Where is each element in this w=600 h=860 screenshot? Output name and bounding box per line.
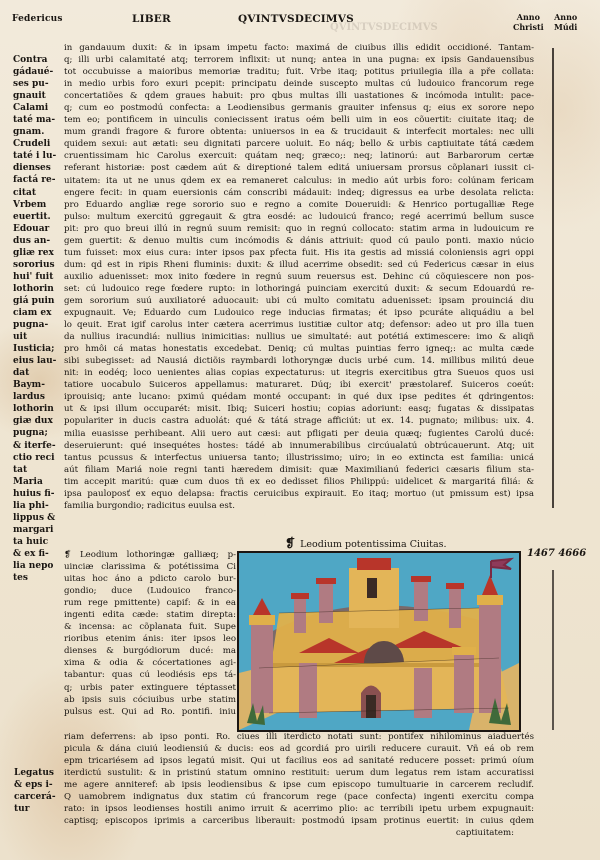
text-line: captisq; episcopos iprimis a carceribus … [64,815,534,827]
text-line: ❡ Leodium lothoringæ galliæq; p- [64,549,236,561]
text-line: & eps i- [14,779,62,791]
text-line: populariter in ducis castra aduolát: qué… [64,415,534,427]
main-text-block: in gandauum duxit: & in ipsam impetu fac… [64,42,534,512]
text-line: dienses [13,162,61,174]
text-line: Edouar [13,223,61,235]
text-line: tat [13,464,61,476]
text-line: ingenti edita cæde: statim direpta: [64,609,236,621]
text-line: sibi subegisset: ad Nausiá dictiõis raym… [64,355,534,367]
year-column-rule-lower [552,570,554,730]
text-line: q; cum eo postmodú confecta: a Leodiensi… [64,102,534,114]
text-line: & ex fi- [13,548,61,560]
text-line: lothorin [13,283,61,295]
text-line: gádaué- [13,66,61,78]
city-woodcut-graphic [239,553,519,730]
text-line: ciam ex [13,307,61,319]
text-line: giæ dux [13,415,61,427]
pilcrow-mark: ❡ [285,536,295,550]
text-line: gliæ rex [13,247,61,259]
text-line: quidem sexui: aut ætati: seu dignitati p… [64,138,534,150]
text-line: lippus & [13,512,61,524]
text-line: tum fuisset: mox eius cura: inter ipsos … [64,247,534,259]
christi-label: Christi [513,22,544,32]
text-line: taté ma- [13,114,61,126]
text-line: captiuitatem: [64,827,534,839]
text-line: milia euasisse perhibeant. Alii uero aut… [64,428,534,440]
text-line: gondio; duce (Ludouico franco- [64,585,236,597]
text-line: dum: qd est in ripis Rheni fluminis: dux… [64,259,534,271]
text-line: pugna- [13,319,61,331]
text-line: picula & dána ciuiú leodiensiú & ducis: … [64,743,534,755]
text-line: uit [13,331,61,343]
text-line: ta huic [13,536,61,548]
book-number-title: QVINTVSDECIMVS [238,13,354,25]
text-line: Q uamobrem indignatus dux statim cú fran… [64,791,534,803]
text-line: aút filiam Mariá noie regni tanti hærede… [64,464,534,476]
text-line: me agere anniteref: ab ipsis leodiensibu… [64,779,534,791]
text-line: ctio reci [13,452,61,464]
text-line: Baym- [13,379,61,391]
text-line: xima & odia & cócertationes agi- [64,657,236,669]
text-line: concertatiões & qdem graues habuit: pro … [64,90,534,102]
woodcut-illustration-liege [237,551,521,732]
text-line: mum grandi fragore & furore obtenta: uni… [64,126,534,138]
text-line: lia nepo [13,560,61,572]
text-line: tatiore uocabulo Suiceros appellamus: ma… [64,379,534,391]
text-line: Contra [13,54,61,66]
text-line: engere fecit: in quam euersionis cám con… [64,187,534,199]
anno-label: Anno [554,12,577,22]
text-line: dienses & burgódiorum ducé: ma [64,645,236,657]
text-line: tem eo; pontificem in uinculis conieciss… [64,114,534,126]
text-line: factá re- [13,174,61,186]
mundi-label: Múdi [554,22,577,32]
text-line: euertit. [13,211,61,223]
text-line: iprouisiq; ante lucano: pximú quédam mon… [64,391,534,403]
text-line: rato: in ipsos leodienses hostili animo … [64,803,534,815]
anno-christi-heading: Anno Christi [513,12,544,32]
text-line: pit: pro quo breui illú in regnú suum re… [64,223,534,235]
text-line: pulsus est. Qui ad Ro. pontifi. iniu [64,706,236,718]
text-line: tabantur: quas cú leodiésis eps tá- [64,669,236,681]
text-line: q; illi urbi calamitaté atq; terrorem in… [64,54,534,66]
caption-text: Leodium potentissima Ciuitas. [300,539,446,550]
bottom-text-block: riam deferrens: ab ipso ponti. Ro. ciues… [64,731,534,839]
text-line: pugna; [13,427,61,439]
text-line: lardus [13,391,61,403]
text-line: hui' fuit [13,271,61,283]
text-line: nit: in eodéq; loco uenientes alias copi… [64,367,534,379]
year-column-rule [552,48,554,508]
text-line: gem guertit: & denuo multis cum incómodi… [64,235,534,247]
text-line: Maria [13,476,61,488]
text-line: deseruierunt: qué insequétes hostes: tád… [64,440,534,452]
text-line: Iusticia; [13,343,61,355]
text-line: expugnauit. Ve; Eduardo cum Ludouico reg… [64,307,534,319]
text-line: citat [13,187,61,199]
text-line: margari [13,524,61,536]
anno-label: Anno [513,12,544,22]
text-line: Crudeli [13,138,61,150]
text-line: lothorin [13,403,61,415]
text-line: gnam. [13,126,61,138]
text-line: lia phi- [13,500,61,512]
text-line: epm tricariésem ad ipsos legatú misit. Q… [64,755,534,767]
text-line: uitatem: ita ut ne unus qdem ex ea reman… [64,175,534,187]
text-line: carcerá- [14,791,62,803]
text-line: & incensa: ac cõplanata fuit. Supe [64,621,236,633]
text-line: da nullius iracundiá: nullius inimicitia… [64,331,534,343]
text-line: giá puin [13,295,61,307]
text-line: pulso: multum exercitú ggregauit & gtra … [64,211,534,223]
text-line: pro Eduardo angliæ rege sororio suo e re… [64,199,534,211]
text-line: eius lau- [13,355,61,367]
text-line: Legatus [14,767,62,779]
bottom-margin-notes: Legatus& eps i-carcerá-tur [14,767,62,815]
text-line: ut & ipsi illum occuparét: misit. Ibiq; … [64,403,534,415]
text-line: riam deferrens: ab ipso ponti. Ro. ciues… [64,731,534,743]
text-line: uinciæ clarissima & potétissima Ci [64,561,236,573]
book-label: LIBER [132,13,171,25]
text-line: rioribus etenim ánis: iter ipsos leo [64,633,236,645]
text-line: dus an- [13,235,61,247]
anno-mundi-heading: Anno Múdi [554,12,577,32]
text-line: in gandauum duxit: & in ipsam impetu fac… [64,42,534,54]
text-line: taté i lu- [13,150,61,162]
text-line: tur [14,803,62,815]
text-line: iterdictú sustulit: & in pristinú statum… [64,767,534,779]
text-line: huius fi- [13,488,61,500]
woodcut-caption: ❡ Leodium potentissima Ciuitas. [285,536,447,550]
text-line: Calami [13,102,61,114]
text-line: uitas hoc áno a pdicto carolo bur- [64,573,236,585]
running-header: Federicus LIBER QVINTVSDECIMVS QVINTVSDE… [0,10,600,40]
text-line: ipsa pauloposť ex equo delapsa: fractis … [64,488,534,500]
text-line: auxilio aduenisset: mox inito fœdere in … [64,271,534,283]
text-line: ab ipsis suis cóciuibus urbe statim [64,694,236,706]
text-line: familia burgondio; radicitus euulsa est. [64,500,534,512]
text-line: ses pu- [13,78,61,90]
running-head-left: Federicus [12,14,63,24]
text-line: gnauit [13,90,61,102]
left-column-text: ❡ Leodium lothoringæ galliæq; p-uinciæ c… [64,549,236,718]
text-line: rum rege pmittente) capif: & in ea [64,597,236,609]
text-line: tim accepit maritú: quæ cum duos tñ ex e… [64,476,534,488]
text-line: tes [13,572,61,584]
text-line: pro hmôi cá matas honestatis excedebat. … [64,343,534,355]
text-line: q; urbis pater extinguere téptasset [64,682,236,694]
year-numbers: 1467 4666 [527,548,586,559]
text-line: Vrbem [13,199,61,211]
text-line: gem sororium suú auxiliatoré aduocauit: … [64,295,534,307]
text-line: tantus pcussus & interfectus uniuersa ta… [64,452,534,464]
text-line: in medio urbis foro exuri pcepit: princi… [64,78,534,90]
text-line: tot occubuisse a maioribus memoriæ tradi… [64,66,534,78]
text-line: sororius [13,259,61,271]
text-line: cruentissimam hic Carolus exercuit: quát… [64,150,534,162]
margin-notes: Contragádaué-ses pu-gnauitCalamitaté ma-… [13,54,61,584]
text-line: referant historiæ: post cædem aút & dire… [64,162,534,174]
text-line: & iterfe- [13,440,61,452]
text-line: dat [13,367,61,379]
text-line: lo qeuit. Erat igif carolus inter cætera… [64,319,534,331]
text-line: set: cú ludouico rege fœdere rupto: in l… [64,283,534,295]
